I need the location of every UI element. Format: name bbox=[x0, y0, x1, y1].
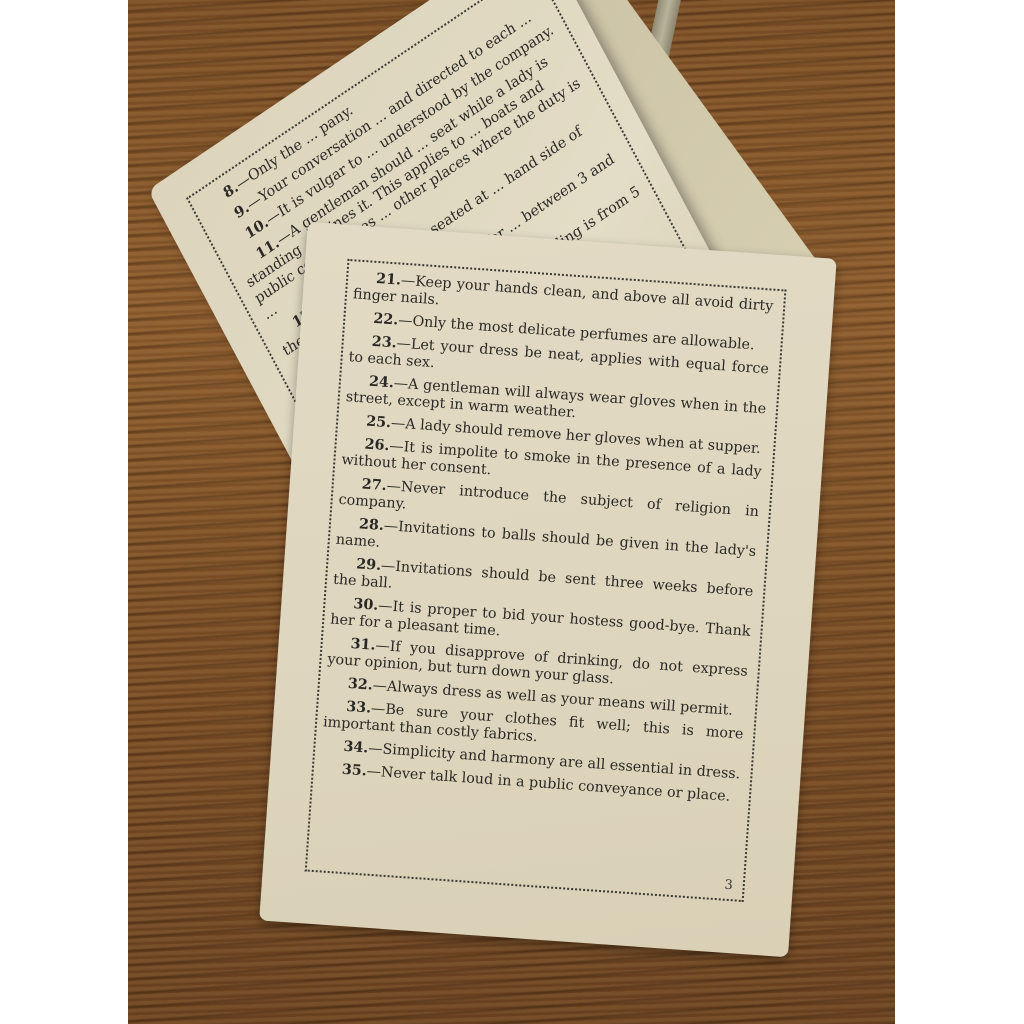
right-page-number: 3 bbox=[724, 878, 733, 894]
photo: 1. 2. 3. 4. 5. 6. 7. 8. 9. 10. 11. 8.—On… bbox=[128, 0, 895, 1024]
rule-number: 33. bbox=[346, 699, 372, 717]
rule-number: 26. bbox=[364, 437, 390, 455]
rule-number: 28. bbox=[358, 516, 384, 534]
rule-number: 23. bbox=[371, 334, 397, 352]
rule-number: 35. bbox=[341, 762, 367, 780]
rule-number: 31. bbox=[350, 636, 376, 654]
rule-number: 24. bbox=[368, 374, 394, 392]
rule-number: 27. bbox=[361, 476, 387, 494]
right-page-text: 21.—Keep your hands clean, and above all… bbox=[319, 269, 774, 812]
rule-number: 29. bbox=[356, 556, 382, 574]
rule-number: 30. bbox=[353, 596, 379, 614]
rule-number: 21. bbox=[376, 271, 402, 289]
rule-number: 25. bbox=[366, 414, 392, 432]
rule-number: 32. bbox=[347, 676, 373, 694]
rule-number: 22. bbox=[373, 311, 399, 329]
rule-number: 34. bbox=[343, 739, 369, 757]
right-page: 21.—Keep your hands clean, and above all… bbox=[259, 222, 837, 957]
